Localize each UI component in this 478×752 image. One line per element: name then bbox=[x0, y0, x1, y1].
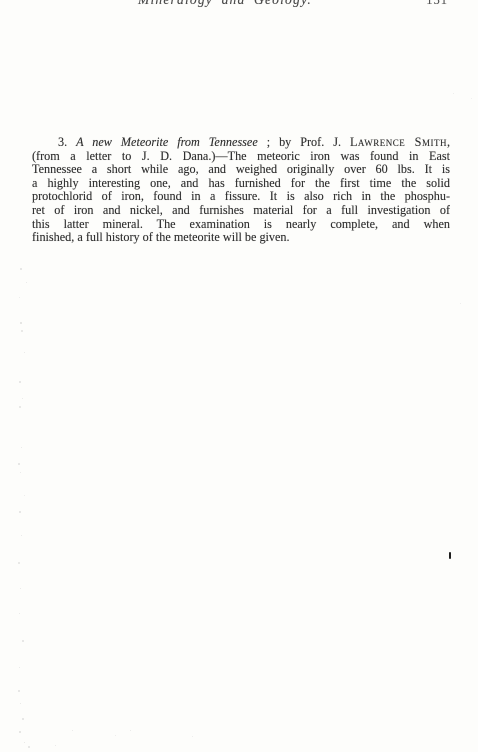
scan-speckle bbox=[21, 535, 22, 536]
paragraph-line: finished, a full history of the meteorit… bbox=[32, 231, 450, 245]
paragraph-line: Tennessee a short while ago, and weighed… bbox=[32, 163, 450, 177]
paragraph-line: protochlorid of iron, found in a fissure… bbox=[32, 190, 450, 204]
scan-speckle bbox=[18, 562, 20, 564]
page-number: 151 bbox=[426, 0, 448, 8]
scan-speckle bbox=[19, 381, 21, 383]
scan-speckle bbox=[55, 745, 56, 746]
scan-speckle bbox=[130, 730, 131, 731]
scan-speckle bbox=[19, 406, 21, 408]
scan-speckle bbox=[20, 472, 21, 473]
scan-speckle bbox=[26, 282, 27, 283]
scan-speckle bbox=[19, 667, 20, 668]
scan-speckle bbox=[19, 297, 20, 298]
scan-speckle bbox=[24, 352, 25, 353]
scan-speckle bbox=[19, 613, 20, 614]
scan-speckle bbox=[24, 742, 25, 743]
scan-speckle bbox=[22, 398, 23, 399]
scan-speckle bbox=[192, 736, 193, 737]
scan-speckle bbox=[18, 690, 20, 692]
article-item-number: 3. bbox=[58, 136, 76, 149]
scan-speckle bbox=[22, 640, 24, 642]
scan-speckle bbox=[20, 588, 21, 589]
article-paragraph: 3. A new Meteorite from Tennessee ; by P… bbox=[32, 136, 450, 245]
scan-speckle bbox=[72, 730, 73, 731]
scan-speckle bbox=[24, 495, 25, 496]
scan-speckle bbox=[453, 93, 454, 94]
scan-page: Mineralogy and Geology. 151 3. A new Met… bbox=[0, 0, 478, 752]
scan-speckle bbox=[19, 511, 21, 513]
paragraph-line: ret of iron and nickel, and furnishes ma… bbox=[32, 204, 450, 218]
scan-speckle bbox=[460, 303, 461, 304]
ink-mark bbox=[449, 552, 451, 559]
article-title: A new Meteorite from Tennessee bbox=[76, 136, 258, 149]
scan-speckle bbox=[471, 98, 472, 99]
article-author: Lawrence Smith bbox=[350, 136, 447, 149]
scan-speckle bbox=[20, 268, 22, 270]
scan-speckle bbox=[20, 703, 21, 704]
scan-speckle bbox=[21, 447, 22, 448]
paragraph-line-1: 3. A new Meteorite from Tennessee ; by P… bbox=[32, 136, 450, 150]
scan-speckle bbox=[22, 718, 24, 720]
running-title: Mineralogy and Geology. bbox=[0, 0, 450, 8]
running-header: Mineralogy and Geology. 151 bbox=[0, 0, 478, 13]
paragraph-line: a highly interesting one, and has furnis… bbox=[32, 177, 450, 191]
scan-speckle bbox=[115, 735, 116, 736]
paragraph-line: this latter mineral. The examination is … bbox=[32, 218, 450, 232]
scan-speckle bbox=[20, 322, 22, 324]
article-byline-pre: ; by Prof. J. bbox=[258, 136, 350, 149]
scan-speckle bbox=[28, 746, 30, 748]
scan-speckle bbox=[21, 330, 23, 332]
article-line1-tail: , bbox=[447, 136, 450, 149]
scan-speckle bbox=[19, 731, 21, 733]
paragraph-line: (from a letter to J. D. Dana.)—The meteo… bbox=[32, 150, 450, 164]
scan-speckle bbox=[18, 463, 20, 465]
